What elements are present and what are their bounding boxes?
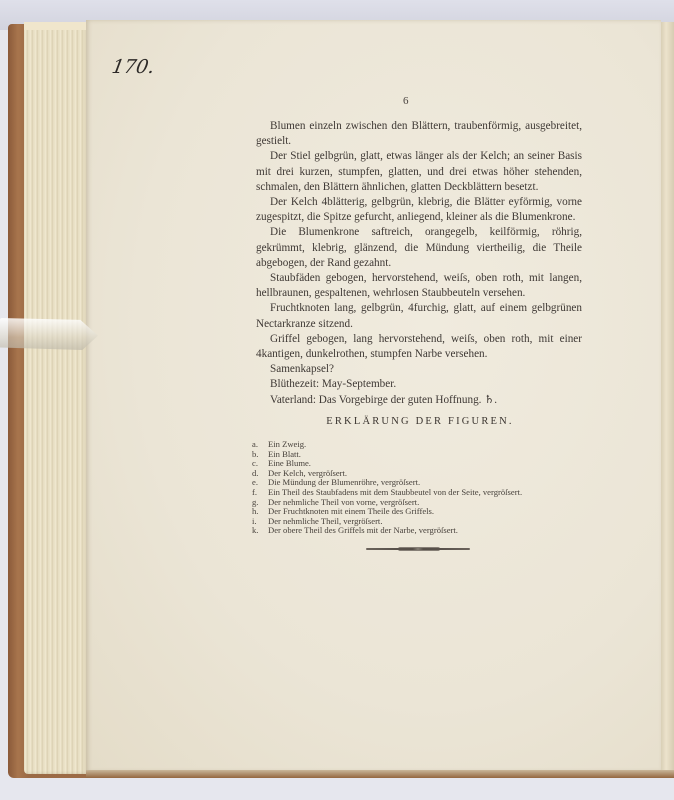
page-edge-right bbox=[661, 22, 674, 774]
glass-page-weight bbox=[0, 318, 98, 350]
figures-legend: a.Ein Zweig. b.Ein Blatt. c.Eine Blume. … bbox=[252, 440, 592, 536]
page-stack-top bbox=[24, 22, 88, 30]
paragraph-bluethezeit: Blüthezeit: May-September. bbox=[256, 377, 582, 392]
book-bottom-edge bbox=[86, 770, 674, 778]
decorative-rule-center bbox=[398, 547, 440, 551]
paragraph-samenkapsel: Samenkapsel? bbox=[256, 362, 582, 377]
legend-letter: k. bbox=[252, 526, 268, 536]
paragraph-kelch: Der Kelch 4blätterig, gelbgrün, klebrig,… bbox=[256, 195, 582, 225]
paragraph-staubfaeden: Staubfäden gebogen, hervorstehend, weiſs… bbox=[256, 271, 582, 301]
legend-item: a.Ein Zweig. bbox=[252, 440, 592, 450]
paragraph-blumenkrone: Die Blumenkrone saftreich, orangegelb, k… bbox=[256, 225, 582, 271]
legend-item: k.Der obere Theil des Griffels mit der N… bbox=[252, 526, 592, 536]
paragraph-fruchtknoten: Fruchtknoten lang, gelbgrün, 4furchig, g… bbox=[256, 301, 582, 331]
paragraph-blumen: Blumen einzeln zwischen den Blättern, tr… bbox=[256, 119, 582, 149]
paragraph-stiel: Der Stiel gelbgrün, glatt, etwas länger … bbox=[256, 149, 582, 195]
page-stack bbox=[24, 22, 88, 774]
paragraph-vaterland: Vaterland: Das Vorgebirge der guten Hoff… bbox=[256, 393, 582, 408]
legend-text: Der obere Theil des Griffels mit der Nar… bbox=[268, 526, 458, 536]
figures-heading: ERKLÄRUNG DER FIGUREN. bbox=[255, 416, 585, 427]
paragraph-griffel: Griffel gebogen, lang hervorstehend, wei… bbox=[256, 332, 582, 362]
manuscript-page-number: 170. bbox=[110, 56, 156, 78]
description-text: Blumen einzeln zwischen den Blättern, tr… bbox=[256, 119, 582, 408]
folio-number: 6 bbox=[403, 95, 409, 107]
